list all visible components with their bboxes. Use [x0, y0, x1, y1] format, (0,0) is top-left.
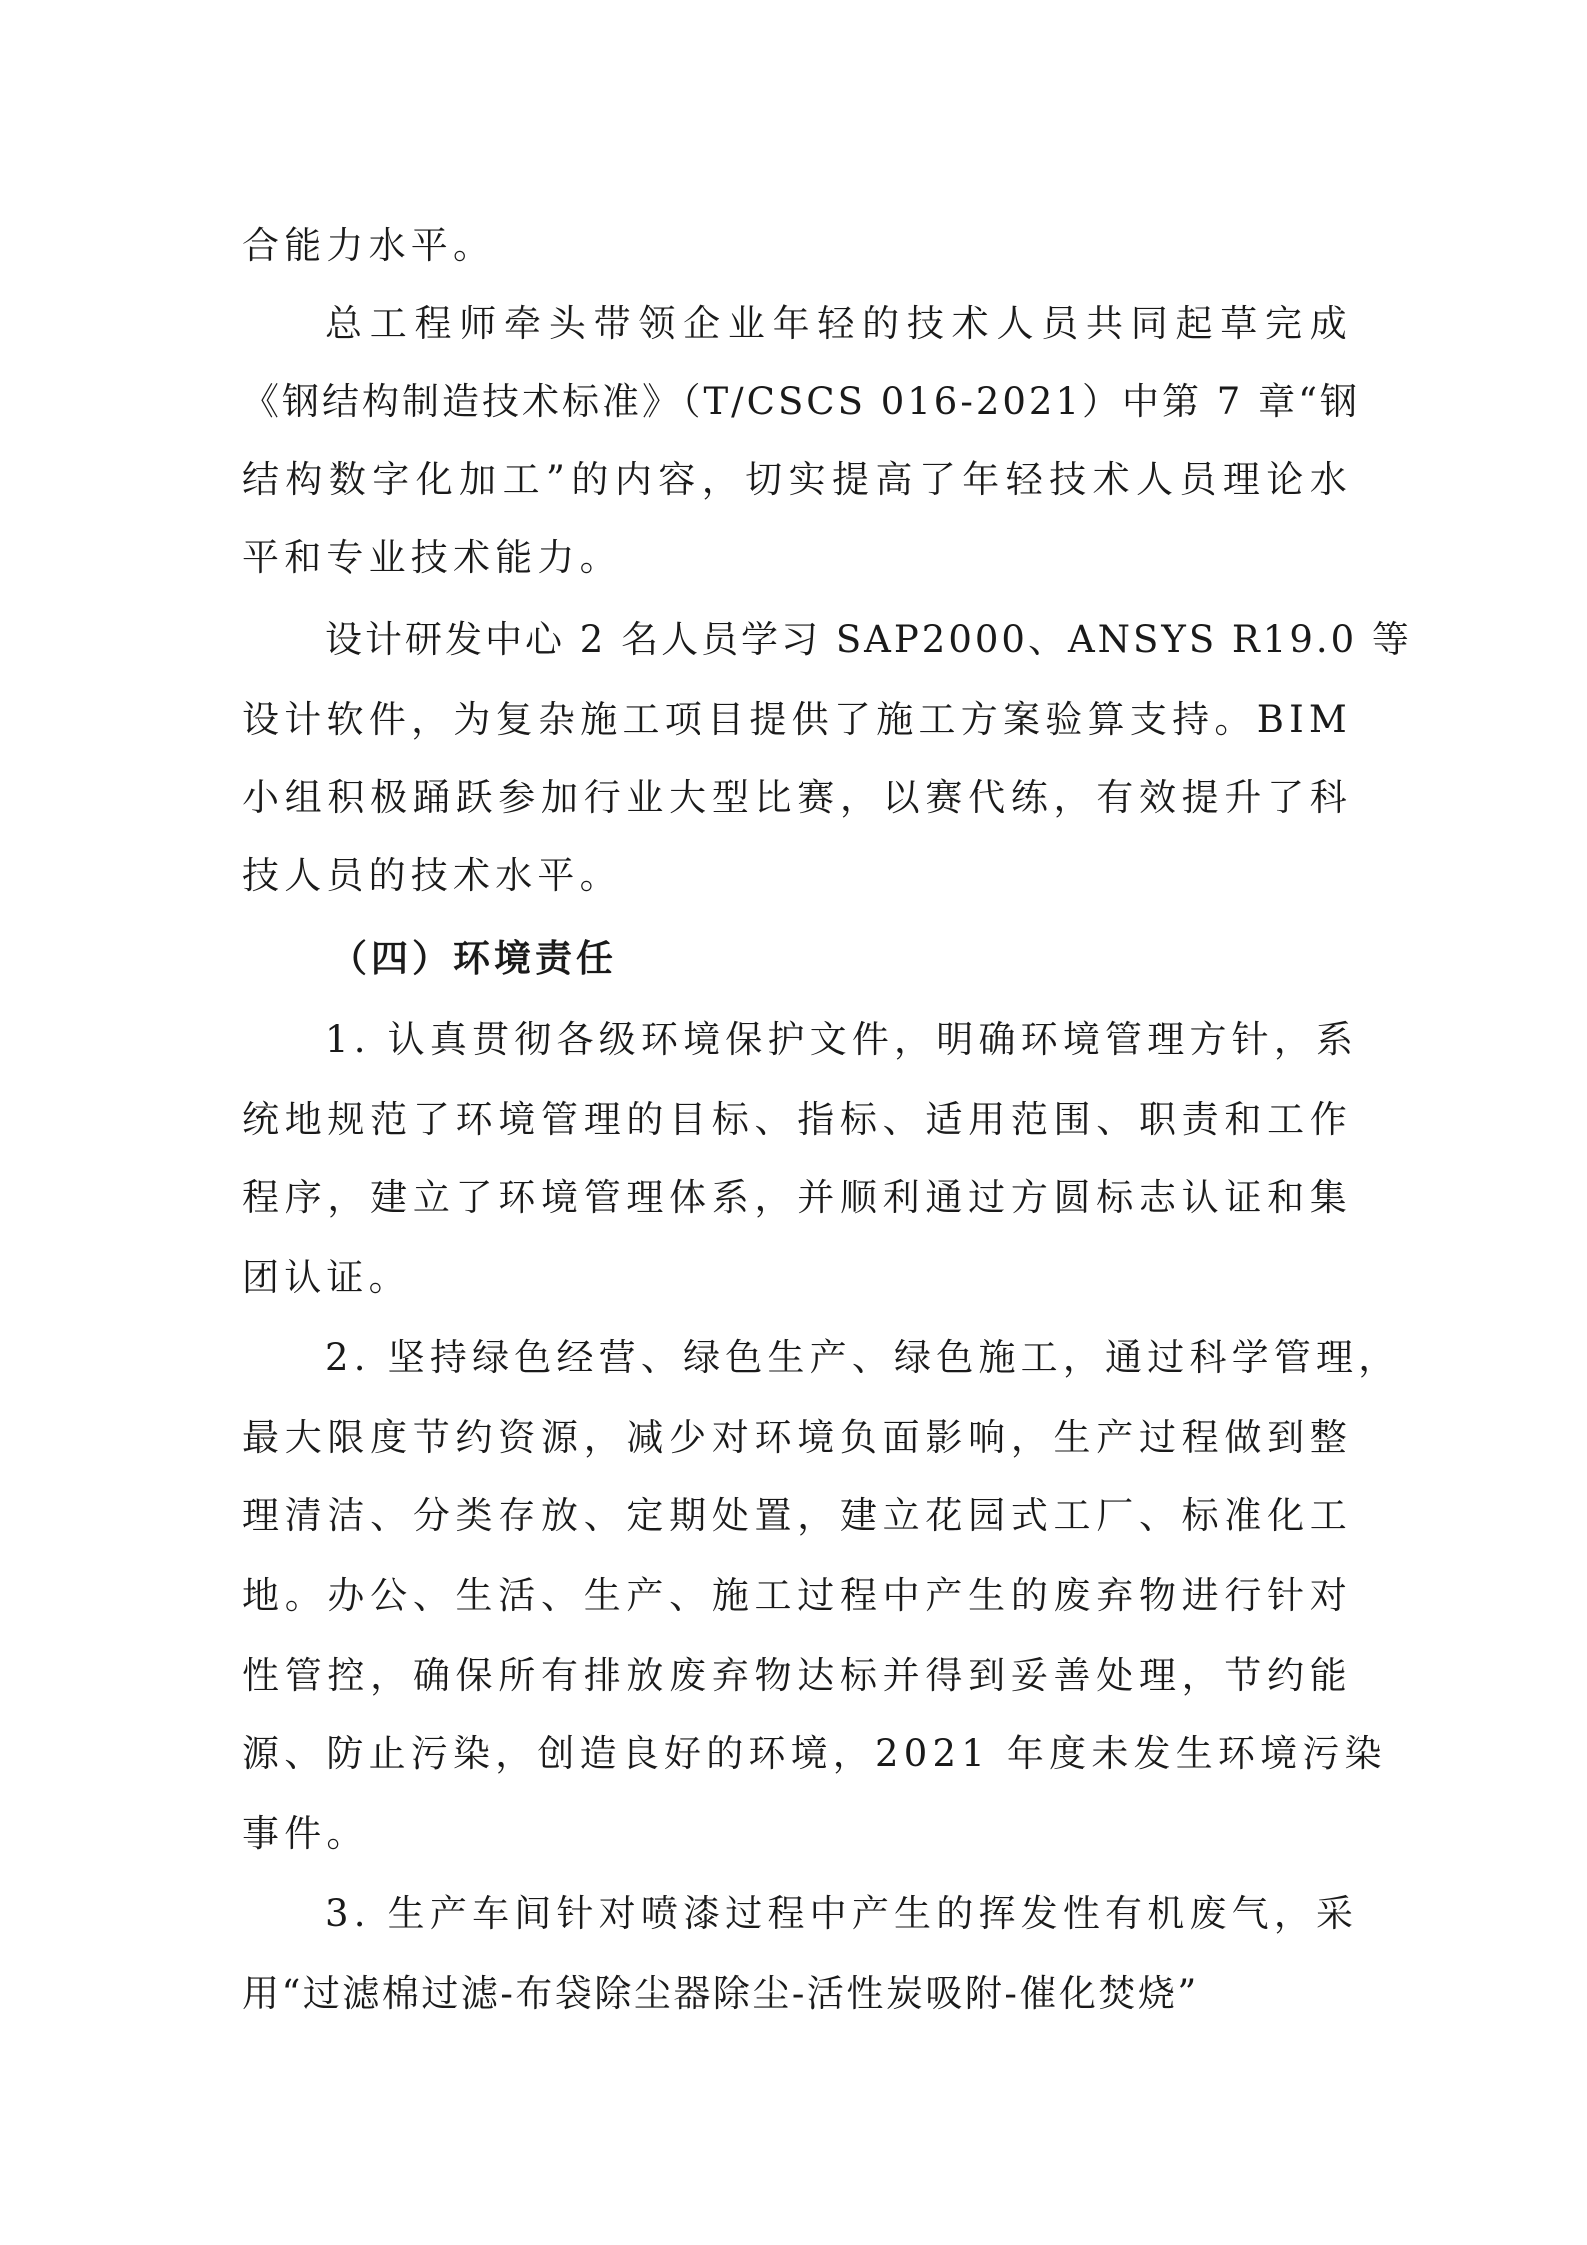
paragraph-line: 2. 坚持绿色经营、绿色生产、绿色施工，通过科学管理，	[325, 1318, 1352, 1398]
paragraph-line: 1. 认真贯彻各级环境保护文件，明确环境管理方针，系	[325, 1000, 1352, 1080]
section-heading: （四）环境责任	[330, 918, 617, 998]
paragraph-line: 结构数字化加工”的内容，切实提高了年轻技术人员理论水	[242, 440, 1352, 520]
paragraph-line: 团认证。	[242, 1238, 1352, 1318]
document-page: 合能力水平。 总工程师牵头带领企业年轻的技术人员共同起草完成 《钢结构制造技术标…	[0, 0, 1587, 2245]
paragraph-line: 《钢结构制造技术标准》（T/CSCS 016-2021）中第 7 章“钢	[242, 362, 1352, 442]
paragraph-line: 理清洁、分类存放、定期处置，建立花园式工厂、标准化工	[242, 1476, 1352, 1556]
paragraph-line: 总工程师牵头带领企业年轻的技术人员共同起草完成	[325, 284, 1352, 364]
paragraph-line: 地。办公、生活、生产、施工过程中产生的废弃物进行针对	[242, 1556, 1352, 1636]
paragraph-line: 最大限度节约资源，减少对环境负面影响，生产过程做到整	[242, 1398, 1352, 1478]
paragraph-line: 程序，建立了环境管理体系，并顺利通过方圆标志认证和集	[242, 1158, 1352, 1238]
paragraph-line: 设计软件，为复杂施工项目提供了施工方案验算支持。BIM	[242, 680, 1352, 760]
paragraph-line: 源、防止污染，创造良好的环境，2021 年度未发生环境污染	[242, 1714, 1352, 1794]
paragraph-line: 技人员的技术水平。	[242, 836, 1352, 916]
paragraph-line: 合能力水平。	[242, 206, 1352, 286]
paragraph-line: 事件。	[242, 1794, 1352, 1874]
paragraph-line: 用“过滤棉过滤-布袋除尘器除尘-活性炭吸附-催化焚烧”	[242, 1954, 1352, 2034]
paragraph-line: 小组积极踊跃参加行业大型比赛，以赛代练，有效提升了科	[242, 758, 1352, 838]
paragraph-line: 性管控，确保所有排放废弃物达标并得到妥善处理，节约能	[242, 1636, 1352, 1716]
paragraph-line: 平和专业技术能力。	[242, 518, 1352, 598]
paragraph-line: 设计研发中心 2 名人员学习 SAP2000、ANSYS R19.0 等	[325, 600, 1352, 680]
paragraph-line: 统地规范了环境管理的目标、指标、适用范围、职责和工作	[242, 1080, 1352, 1160]
paragraph-line: 3. 生产车间针对喷漆过程中产生的挥发性有机废气，采	[325, 1874, 1352, 1954]
